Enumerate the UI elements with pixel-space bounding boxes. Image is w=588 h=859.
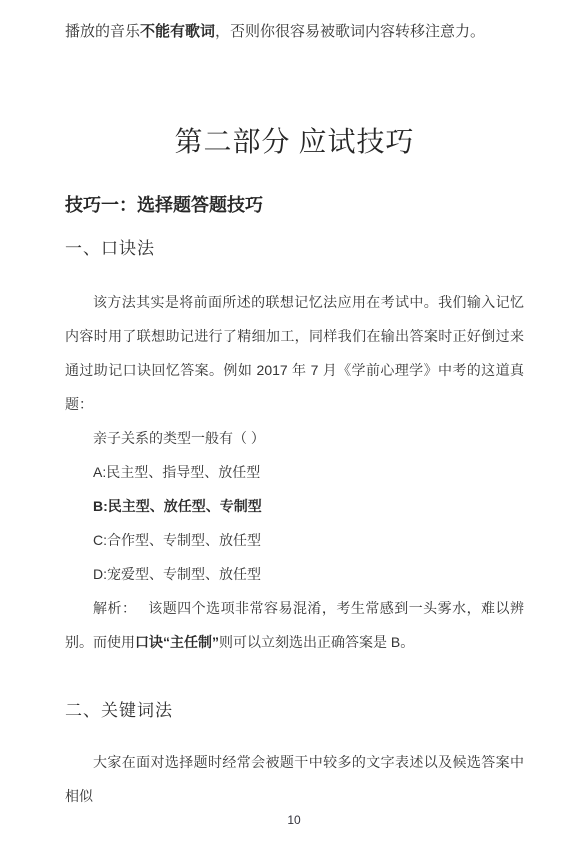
page-content: 播放的音乐不能有歌词，否则你很容易被歌词内容转移注意力。 第二部分 应试技巧 技…: [0, 0, 588, 813]
method-heading-keyword: 二、关键词法: [65, 699, 524, 723]
section-title-skill1: 技巧一：选择题答题技巧: [65, 193, 524, 217]
part-title: 第二部分 应试技巧: [65, 123, 524, 163]
document-page: 播放的音乐不能有歌词，否则你很容易被歌词内容转移注意力。 第二部分 应试技巧 技…: [0, 0, 588, 859]
intro-text-prefix: 播放的音乐: [65, 23, 140, 40]
method2-paragraph: 大家在面对选择题时经常会被题干中较多的文字表述以及候选答案中相似: [65, 745, 524, 813]
method1-paragraph: 该方法其实是将前面所述的联想记忆法应用在考试中。我们输入记忆内容时用了联想助记进…: [65, 285, 524, 421]
method1-body: 该方法其实是将前面所述的联想记忆法应用在考试中。我们输入记忆内容时用了联想助记进…: [65, 285, 524, 659]
intro-paragraph: 播放的音乐不能有歌词，否则你很容易被歌词内容转移注意力。: [65, 21, 524, 43]
option-d: D:宠爱型、专制型、放任型: [65, 557, 524, 591]
method2-body: 大家在面对选择题时经常会被题干中较多的文字表述以及候选答案中相似: [65, 745, 524, 813]
option-c: C:合作型、专制型、放任型: [65, 523, 524, 557]
intro-text-bold: 不能有歌词: [140, 23, 215, 40]
page-number: 10: [0, 812, 588, 828]
analysis-text-suffix: 则可以立刻选出正确答案是 B。: [219, 634, 414, 650]
option-b: B:民主型、放任型、专制型: [65, 489, 524, 523]
method-heading-koujue: 一、口诀法: [65, 237, 524, 261]
analysis-paragraph: 解析： 该题四个选项非常容易混淆，考生常感到一头雾水，难以辨别。而使用口诀“主任…: [65, 591, 524, 659]
analysis-text-bold: 口诀“主任制”: [135, 634, 219, 650]
question-line: 亲子关系的类型一般有（ ）: [65, 421, 524, 455]
intro-text-suffix: ，否则你很容易被歌词内容转移注意力。: [215, 23, 485, 40]
option-a: A:民主型、指导型、放任型: [65, 455, 524, 489]
